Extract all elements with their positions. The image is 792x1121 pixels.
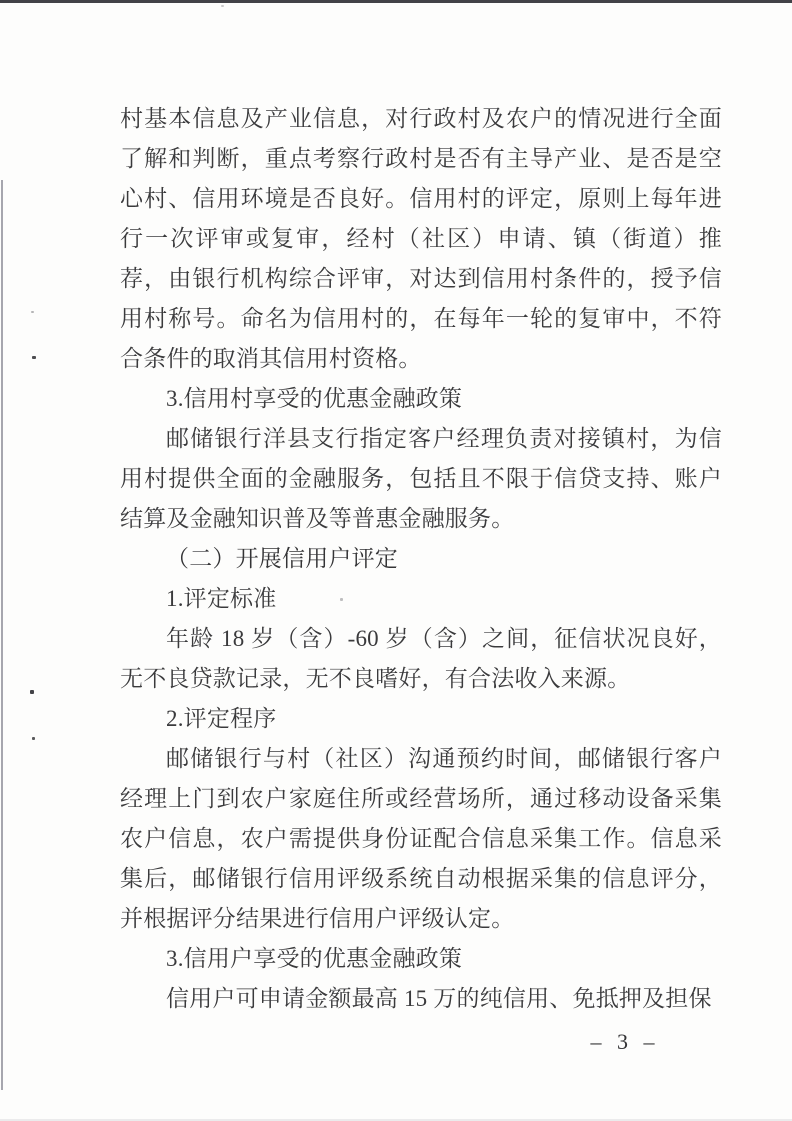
paragraph-credit-village-services: 邮储银行洋县支行指定客户经理负责对接镇村，为信用村提供全面的金融服务，包括且不限…	[120, 419, 722, 539]
heading-credit-village-preferential-policy: 3.信用村享受的优惠金融政策	[120, 379, 722, 419]
scan-edge-top	[0, 0, 792, 3]
scan-speck	[31, 311, 34, 313]
paragraph-credit-village-review-continuation: 村基本信息及产业信息，对行政村及农户的情况进行全面了解和判断，重点考察行政村是否…	[120, 99, 722, 379]
scan-edge-left	[1, 180, 3, 1090]
scan-speck	[32, 356, 36, 359]
page-number: – 3 –	[560, 1028, 690, 1056]
paragraph-evaluation-procedure: 邮储银行与村（社区）沟通预约时间，邮储银行客户经理上门到农户家庭住所或经营场所，…	[120, 739, 722, 939]
heading-section-2-credit-user-evaluation: （二）开展信用户评定	[120, 539, 722, 579]
scan-speck	[30, 690, 34, 694]
paragraph-evaluation-criteria: 年龄 18 岁（含）-60 岁（含）之间，征信状况良好，无不良贷款记录，无不良嗜…	[120, 619, 722, 699]
heading-evaluation-procedure: 2.评定程序	[120, 699, 722, 739]
scan-speck	[221, 5, 224, 7]
heading-evaluation-criteria: 1.评定标准	[120, 579, 722, 619]
document-body: 村基本信息及产业信息，对行政村及农户的情况进行全面了解和判断，重点考察行政村是否…	[120, 99, 722, 1019]
paragraph-credit-user-loan-amount: 信用户可申请金额最高 15 万的纯信用、免抵押及担保	[120, 979, 722, 1019]
scan-speck	[32, 737, 35, 740]
heading-credit-user-preferential-policy: 3.信用户享受的优惠金融政策	[120, 939, 722, 979]
document-page: 村基本信息及产业信息，对行政村及农户的情况进行全面了解和判断，重点考察行政村是否…	[0, 0, 792, 1121]
